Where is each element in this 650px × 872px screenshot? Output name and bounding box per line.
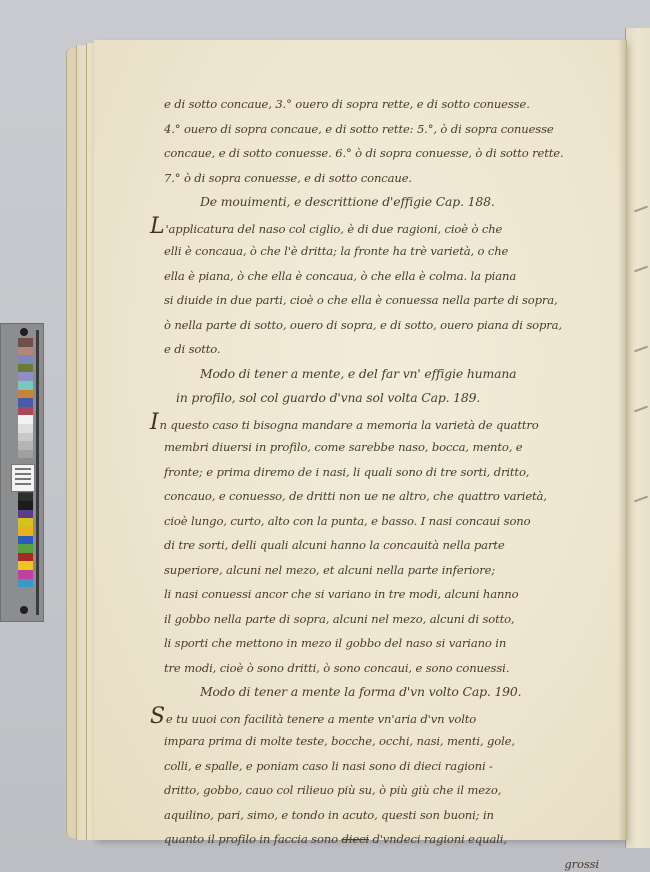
text-line: cioè lungo, curto, alto con la punta, e … bbox=[164, 509, 619, 534]
color-swatch bbox=[18, 536, 33, 545]
text-line: concauo, e conuesso, de dritti non ue ne… bbox=[164, 484, 619, 509]
manuscript-page: e di sotto concaue, 3.° ouero di sopra r… bbox=[94, 40, 627, 840]
color-swatch bbox=[18, 415, 33, 424]
line-text: d'vndeci ragioni equali, bbox=[369, 832, 507, 846]
color-swatch bbox=[18, 450, 33, 459]
struck-word: dieci bbox=[341, 832, 368, 846]
text-line: fronte; e prima diremo de i nasi, li qua… bbox=[164, 460, 619, 485]
color-swatch bbox=[18, 338, 33, 347]
facing-page-edge bbox=[625, 28, 650, 848]
color-swatch bbox=[18, 433, 33, 442]
line-text: quanto il profilo in faccia sono bbox=[164, 832, 341, 846]
text-line: e di sotto concaue, 3.° ouero di sopra r… bbox=[164, 92, 619, 117]
color-swatch bbox=[18, 510, 33, 519]
color-swatch bbox=[18, 570, 33, 579]
target-rail bbox=[36, 330, 39, 615]
text-line: si diuide in due parti, cioè o che ella … bbox=[164, 288, 619, 313]
text-line: li nasi conuessi ancor che si variano in… bbox=[164, 582, 619, 607]
color-swatch bbox=[18, 355, 33, 364]
text-line: li sporti che mettono in mezo il gobbo d… bbox=[164, 631, 619, 656]
text-line: ò nella parte di sotto, ouero di sopra, … bbox=[164, 313, 619, 338]
text-line: 7.° ò di sopra conuesse, e di sotto conc… bbox=[164, 166, 619, 191]
text-line: membri diuersi in profilo, come sarebbe … bbox=[164, 435, 619, 460]
color-calibration-target bbox=[0, 323, 44, 622]
text-line: impara prima di molte teste, bocche, occ… bbox=[164, 729, 619, 754]
color-swatch bbox=[18, 493, 33, 502]
color-swatch bbox=[18, 364, 33, 373]
text-line: elli è concaua, ò che l'è dritta; la fro… bbox=[164, 239, 619, 264]
color-swatch bbox=[18, 553, 33, 562]
handwritten-text: e di sotto concaue, 3.° ouero di sopra r… bbox=[164, 92, 619, 872]
color-swatch bbox=[18, 407, 33, 416]
initial-letter: L bbox=[150, 214, 164, 239]
color-swatch bbox=[18, 518, 33, 527]
target-label-card bbox=[11, 464, 35, 492]
initial-letter: I bbox=[150, 410, 159, 435]
marginal-word: grossi bbox=[164, 852, 619, 872]
text-line: dritto, gobbo, cauo col rilieuo più su, … bbox=[164, 778, 619, 803]
color-swatch bbox=[18, 398, 33, 407]
text-line: concaue, e di sotto conuesse. 6.° ò di s… bbox=[164, 141, 619, 166]
color-swatch bbox=[18, 501, 33, 510]
chapter-heading: Modo di tener a mente la forma d'vn volt… bbox=[164, 680, 619, 705]
color-swatch bbox=[18, 544, 33, 553]
text-line: L'applicatura del naso col ciglio, è di … bbox=[164, 215, 619, 240]
color-swatch bbox=[18, 381, 33, 390]
color-swatch bbox=[18, 579, 33, 588]
initial-letter: S bbox=[150, 704, 165, 729]
color-swatch bbox=[18, 527, 33, 536]
scan-scene: e di sotto concaue, 3.° ouero di sopra r… bbox=[0, 0, 650, 872]
text-line: di tre sorti, delli quali alcuni hanno l… bbox=[164, 533, 619, 558]
text-line: ella è piana, ò che ella è concaua, ò ch… bbox=[164, 264, 619, 289]
color-swatch bbox=[18, 372, 33, 381]
color-swatch bbox=[18, 390, 33, 399]
target-hole-icon bbox=[20, 606, 28, 614]
chapter-heading: in profilo, sol col guardo d'vna sol vol… bbox=[164, 386, 619, 411]
text-line: colli, e spalle, e poniam caso li nasi s… bbox=[164, 754, 619, 779]
text-line: quanto il profilo in faccia sono dieci d… bbox=[164, 827, 619, 852]
line-text: n questo caso ti bisogna mandare a memor… bbox=[160, 418, 539, 432]
color-swatches bbox=[18, 338, 33, 587]
text-line: il gobbo nella parte di sopra, alcuni ne… bbox=[164, 607, 619, 632]
text-line: superiore, alcuni nel mezo, et alcuni ne… bbox=[164, 558, 619, 583]
color-swatch bbox=[18, 347, 33, 356]
text-line: e di sotto. bbox=[164, 337, 619, 362]
text-line: In questo caso ti bisogna mandare a memo… bbox=[164, 411, 619, 436]
chapter-heading: De mouimenti, e descrittione d'effigie C… bbox=[164, 190, 619, 215]
line-text: 'applicatura del naso col ciglio, è di d… bbox=[165, 222, 502, 236]
color-swatch bbox=[18, 424, 33, 433]
target-hole-icon bbox=[20, 328, 28, 336]
color-swatch bbox=[18, 441, 33, 450]
text-line: aquilino, pari, simo, e tondo in acuto, … bbox=[164, 803, 619, 828]
text-line: tre modi, cioè ò sono dritti, ò sono con… bbox=[164, 656, 619, 681]
line-text: e tu uuoi con facilità tenere a mente vn… bbox=[166, 712, 476, 726]
chapter-heading: Modo di tener a mente, e del far vn' eff… bbox=[164, 362, 619, 387]
color-swatch bbox=[18, 561, 33, 570]
text-line: 4.° ouero di sopra concaue, e di sotto r… bbox=[164, 117, 619, 142]
text-line: Se tu uuoi con facilità tenere a mente v… bbox=[164, 705, 619, 730]
